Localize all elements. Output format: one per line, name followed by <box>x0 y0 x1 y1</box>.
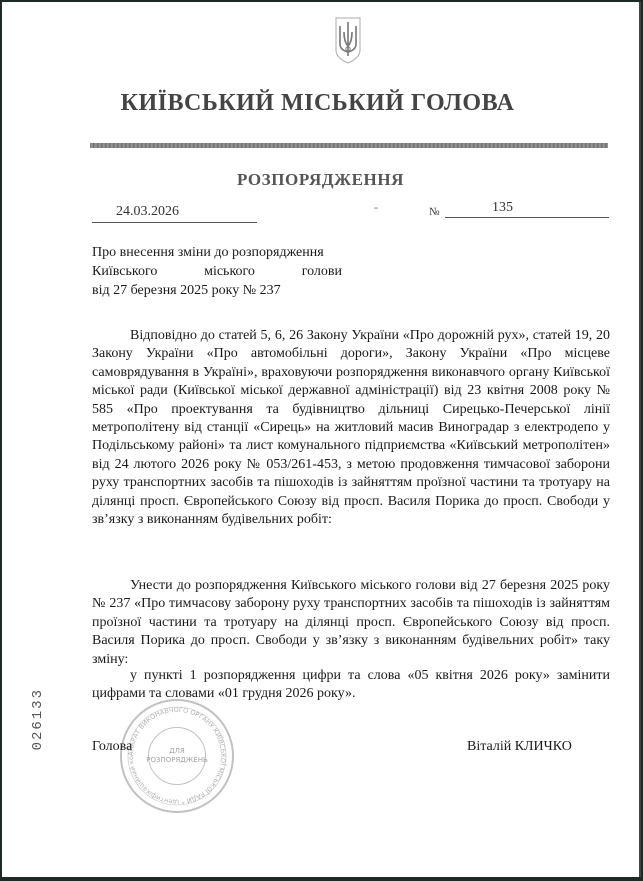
seal-center: ДЛЯ РОЗПОРЯДЖЕНЬ <box>148 727 206 785</box>
preamble-text: Відповідно до статей 5, 6, 26 Закону Укр… <box>92 327 610 529</box>
operative-paragraph: Унести до розпорядження Київського міськ… <box>92 577 610 669</box>
signer-title: Голова <box>92 739 132 755</box>
seal-line: ДЛЯ <box>169 747 185 756</box>
issuer-title: КИЇВСЬКИЙ МІСЬКИЙ ГОЛОВА <box>0 90 636 117</box>
side-serial-number: 026133 <box>30 688 50 750</box>
dash-mark: - <box>374 200 378 215</box>
subject-block: Про внесення зміни до розпорядження Київ… <box>92 243 342 300</box>
official-seal: АПАРАТ ВИКОНАВЧОГО ОРГАНУ КИЇВСЬКОЇ МІСЬ… <box>120 699 234 813</box>
header-divider <box>90 143 608 148</box>
document-date: 24.03.2026 <box>116 204 179 220</box>
preamble-paragraph: Відповідно до статей 5, 6, 26 Закону Укр… <box>92 327 610 529</box>
document-type: РОЗПОРЯДЖЕННЯ <box>2 170 639 190</box>
coat-of-arms-trident-icon <box>334 16 362 64</box>
amendment-paragraph: у пункті 1 розпорядження цифри та слова … <box>92 667 610 704</box>
number-label: № <box>429 206 440 218</box>
document-number: 135 <box>492 200 513 216</box>
date-field: 24.03.2026 <box>92 202 257 223</box>
operative-text: Унести до розпорядження Київського міськ… <box>92 577 610 669</box>
subject-line: від 27 березня 2025 року № 237 <box>92 281 342 300</box>
signer-name: Віталій КЛИЧКО <box>467 739 572 755</box>
subject-line: Київського міського голови <box>92 262 342 281</box>
amendment-text: у пункті 1 розпорядження цифри та слова … <box>92 667 610 704</box>
number-field: 135 <box>445 200 609 218</box>
seal-line: РОЗПОРЯДЖЕНЬ <box>146 756 208 765</box>
document-page: КИЇВСЬКИЙ МІСЬКИЙ ГОЛОВА РОЗПОРЯДЖЕННЯ 2… <box>2 2 641 877</box>
subject-line: Про внесення зміни до розпорядження <box>92 243 342 262</box>
